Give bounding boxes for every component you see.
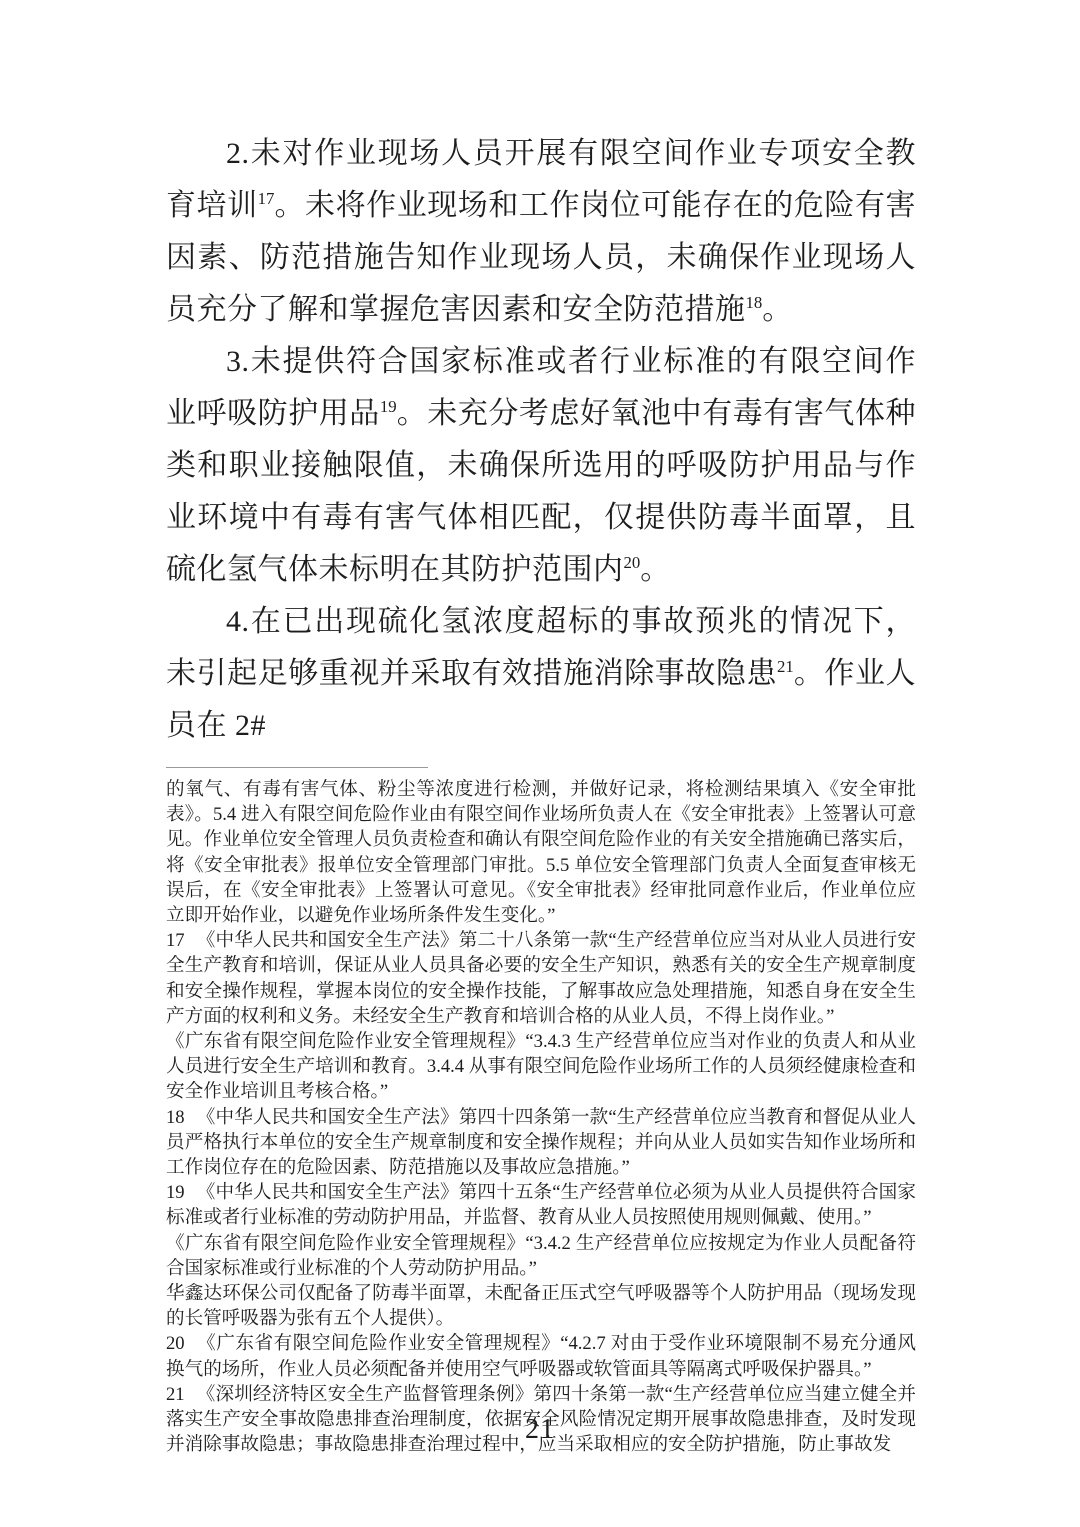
footnote-number: 20 <box>166 1333 185 1354</box>
footnotes-block: 的氧气、有毒有害气体、粉尘等浓度进行检测，并做好记录，将检测结果填入《安全审批表… <box>166 777 916 1457</box>
footnote-paragraph: 20《广东省有限空间危险作业安全管理规程》“4.2.7 对由于受作业环境限制不易… <box>166 1331 916 1381</box>
footnote-paragraph: 18《中华人民共和国安全生产法》第四十四条第一款“生产经营单位应当教育和督促从业… <box>166 1105 916 1181</box>
footnote-text: 华鑫达环保公司仅配备了防毒半面罩，未配备正压式空气呼吸器等个人防护用品（现场发现… <box>166 1283 916 1329</box>
footnote-paragraph: 17《中华人民共和国安全生产法》第二十八条第一款“生产经营单位应当对从业人员进行… <box>166 928 916 1029</box>
document-page: 2.未对作业现场人员开展有限空间作业专项安全教育培训17。未将作业现场和工作岗位… <box>0 0 1080 1527</box>
footnote-reference: 21 <box>777 657 794 676</box>
body-paragraph: 2.未对作业现场人员开展有限空间作业专项安全教育培训17。未将作业现场和工作岗位… <box>166 128 916 336</box>
footnote-text: 《广东省有限空间危险作业安全管理规程》“4.2.7 对由于受作业环境限制不易充分… <box>166 1333 916 1379</box>
footnote-text: 《中华人民共和国安全生产法》第四十四条第一款“生产经营单位应当教育和督促从业人员… <box>166 1107 916 1178</box>
footnote-text: 《广东省有限空间危险作业安全管理规程》“3.4.2 生产经营单位应按规定为作业人… <box>166 1233 916 1279</box>
footnote-paragraph: 《广东省有限空间危险作业安全管理规程》“3.4.3 生产经营单位应当对作业的负责… <box>166 1029 916 1105</box>
footnote-text: 《中华人民共和国安全生产法》第二十八条第一款“生产经营单位应当对从业人员进行安全… <box>166 930 916 1027</box>
footnote-paragraph: 的氧气、有毒有害气体、粉尘等浓度进行检测，并做好记录，将检测结果填入《安全审批表… <box>166 777 916 928</box>
footnote-reference: 20 <box>624 553 641 572</box>
footnote-text: 《广东省有限空间危险作业安全管理规程》“3.4.3 生产经营单位应当对作业的负责… <box>166 1031 916 1102</box>
footnote-paragraph: 华鑫达环保公司仅配备了防毒半面罩，未配备正压式空气呼吸器等个人防护用品（现场发现… <box>166 1281 916 1331</box>
body-text-block: 2.未对作业现场人员开展有限空间作业专项安全教育培训17。未将作业现场和工作岗位… <box>166 128 916 752</box>
page-content: 2.未对作业现场人员开展有限空间作业专项安全教育培训17。未将作业现场和工作岗位… <box>166 128 916 1457</box>
page-footer: 21 <box>0 1414 1080 1446</box>
body-paragraph: 4.在已出现硫化氢浓度超标的事故预兆的情况下，未引起足够重视并采取有效措施消除事… <box>166 596 916 752</box>
footnote-reference: 18 <box>746 293 763 312</box>
footnote-text: 的氧气、有毒有害气体、粉尘等浓度进行检测，并做好记录，将检测结果填入《安全审批表… <box>166 779 916 926</box>
footnote-reference: 17 <box>258 189 275 208</box>
footnote-paragraph: 19《中华人民共和国安全生产法》第四十五条“生产经营单位必须为从业人员提供符合国… <box>166 1180 916 1230</box>
body-text: 。 <box>762 293 793 326</box>
page-number: 21 <box>525 1414 555 1445</box>
footnote-text: 《中华人民共和国安全生产法》第四十五条“生产经营单位必须为从业人员提供符合国家标… <box>166 1182 916 1228</box>
footnote-number: 17 <box>166 930 185 951</box>
footnote-separator <box>166 767 428 768</box>
footnote-number: 19 <box>166 1182 185 1203</box>
footnote-reference: 19 <box>380 397 397 416</box>
footnote-paragraph: 《广东省有限空间危险作业安全管理规程》“3.4.2 生产经营单位应按规定为作业人… <box>166 1231 916 1281</box>
body-text: 。 <box>640 553 671 586</box>
footnote-number: 21 <box>166 1384 185 1405</box>
body-text: 。未将作业现场和工作岗位可能存在的危险有害因素、防范措施告知作业现场人员，未确保… <box>166 189 916 326</box>
body-paragraph: 3.未提供符合国家标准或者行业标准的有限空间作业呼吸防护用品19。未充分考虑好氧… <box>166 336 916 596</box>
footnote-number: 18 <box>166 1107 185 1128</box>
